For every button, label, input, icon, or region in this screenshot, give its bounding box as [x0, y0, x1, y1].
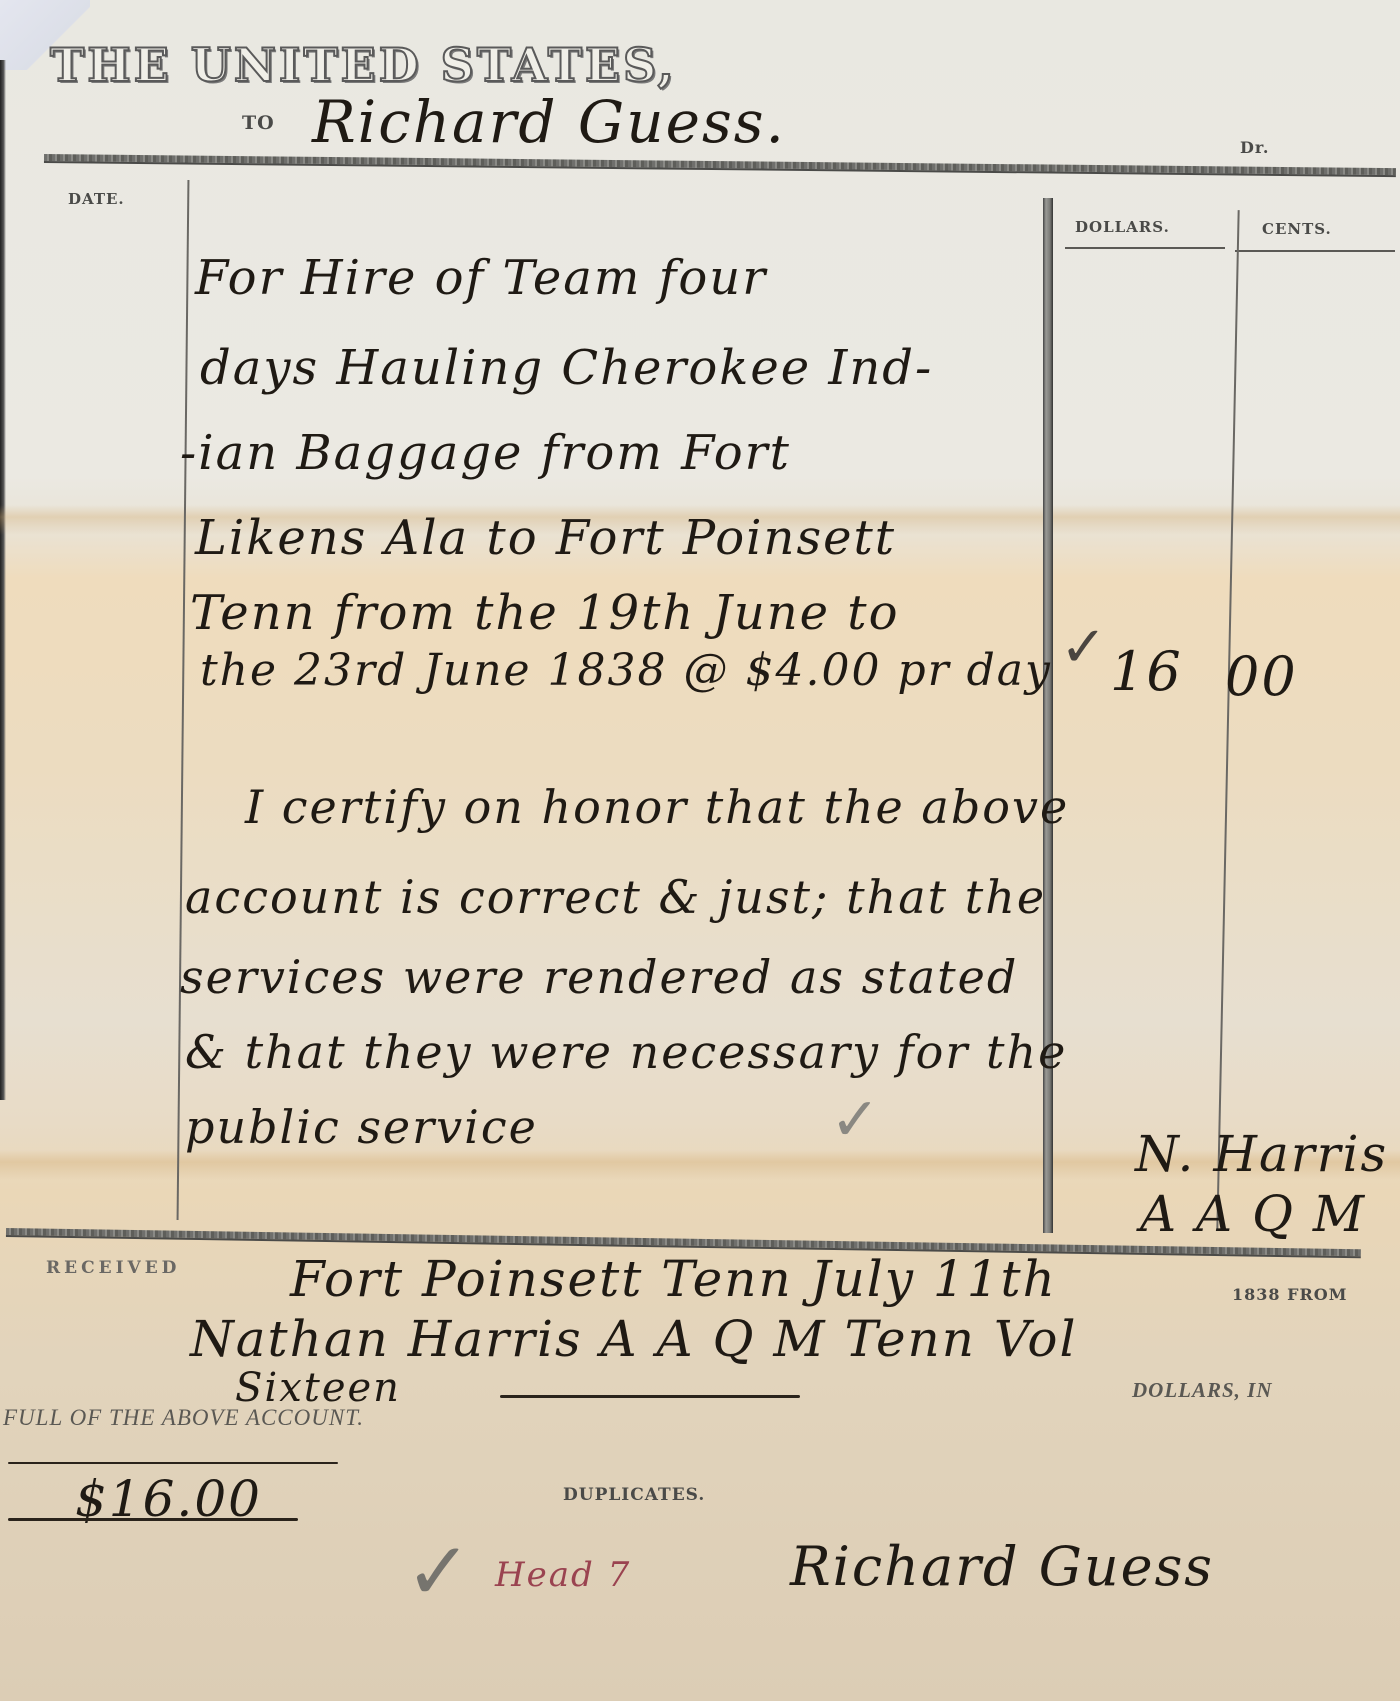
dollars-cents-divider	[1216, 210, 1239, 1230]
received-from: Nathan Harris A A Q M Tenn Vol	[190, 1310, 1077, 1368]
duplicates-label: DUPLICATES.	[563, 1485, 705, 1505]
received-label: RECEIVED	[46, 1258, 180, 1278]
received-place-date: Fort Poinsett Tenn July 11th	[290, 1250, 1057, 1308]
check-mark-icon: ✓	[405, 1525, 472, 1618]
full-account-label: FULL OF THE ABOVE ACCOUNT.	[3, 1405, 364, 1431]
entry-line: the 23rd June 1838 @ $4.00 pr day	[200, 645, 1052, 696]
printed-title: THE UNITED STATES,	[50, 38, 677, 92]
amount-figure-bottom-line	[8, 1518, 298, 1521]
dollars-amount: 16	[1110, 640, 1183, 703]
to-label: TO	[242, 112, 275, 134]
certification-line: services were rendered as stated	[180, 950, 1018, 1004]
check-mark-icon: ✓	[1060, 615, 1107, 680]
entry-line: For Hire of Team four	[195, 250, 767, 306]
red-ink-annotation: Head 7	[495, 1555, 631, 1595]
cents-underline	[1235, 250, 1395, 252]
dollars-underline	[1065, 247, 1225, 249]
dollars-column-header: DOLLARS.	[1075, 218, 1170, 236]
amount-words-line	[500, 1395, 800, 1398]
top-rule	[44, 154, 1396, 177]
certifier-signature: N. Harris	[1135, 1125, 1388, 1183]
date-column-header: DATE.	[68, 190, 125, 208]
payee-signature: Richard Guess	[790, 1535, 1214, 1598]
certification-line: account is correct & just; that the	[185, 870, 1046, 924]
certifier-title: A A Q M	[1140, 1185, 1366, 1243]
entry-line: -ian Baggage from Fort	[180, 425, 791, 481]
payee-handwritten: Richard Guess.	[312, 88, 786, 156]
dollars-in-label: DOLLARS, IN	[1132, 1378, 1273, 1403]
entry-line: days Hauling Cherokee Ind-	[200, 340, 933, 396]
year-from-label: 1838 FROM	[1232, 1285, 1347, 1304]
certification-line: public service	[185, 1100, 538, 1154]
certification-line: & that they were necessary for the	[185, 1025, 1067, 1079]
check-mark-icon: ✓	[830, 1085, 880, 1155]
entry-line: Likens Ala to Fort Poinsett	[195, 510, 896, 566]
entry-line: Tenn from the 19th June to	[190, 585, 900, 641]
amount-figure-top-line	[8, 1462, 338, 1464]
certification-line: I certify on honor that the above	[245, 780, 1069, 834]
cents-amount: 00	[1225, 645, 1298, 708]
cents-column-header: CENTS.	[1262, 220, 1332, 238]
dr-label: Dr.	[1240, 138, 1269, 157]
paper-edge-shadow	[0, 60, 6, 1100]
